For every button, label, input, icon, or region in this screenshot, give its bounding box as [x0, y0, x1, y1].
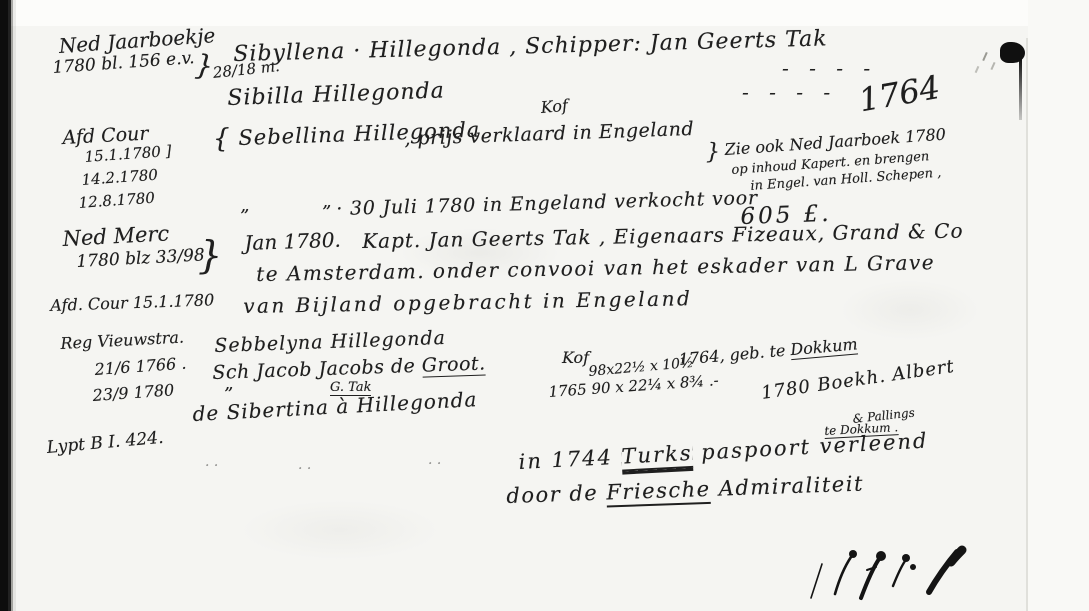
margin-source-courant-2: Afd. Cour 15.1.1780 [50, 290, 215, 315]
ship-type-kof: Kof [540, 96, 569, 117]
scan-right-light-strip [1028, 0, 1089, 611]
captain-owners-line: Kapt. Jan Geerts Tak , Eigenaars Fizeaux… [362, 219, 964, 253]
ship-title-line: Sibyllena · Hillegonda , Schipper: Jan G… [233, 26, 828, 67]
ship-type-kof-2: Kof [562, 348, 589, 367]
built-note: 1764, geb. te Dokkum [678, 334, 858, 369]
margin-source-register: Reg Vieuwstra. [60, 328, 184, 353]
dash-filler-1: - - - - [782, 56, 877, 80]
admiralty-line-post: Admiraliteit [710, 472, 864, 501]
sale-note-line: · 30 Juli 1780 in Engeland verkocht voor [336, 187, 758, 220]
admiralty-word-friesche-underlined: Friesche [606, 477, 711, 508]
admiralty-line-pre: door de [506, 481, 607, 508]
passport-line-post: paspoort verleend [692, 429, 929, 465]
scanned-archive-card: Ned Jaarboekje 1780 bl. 156 e.v. } 28/18… [0, 0, 1089, 611]
faint-ditto-2: · · [298, 461, 311, 477]
paper-blotch [840, 280, 980, 340]
ditto-mark-2: ” [322, 202, 331, 223]
side-note-brace: } [706, 140, 720, 165]
register-date-2: 23/9 1780 [92, 380, 175, 405]
passport-line-pre: in 1744 [518, 445, 622, 474]
pencil-smudge [990, 62, 995, 70]
courant-date-2: 14.2.1780 [81, 166, 158, 189]
dash-filler-2: - - - - [742, 80, 837, 104]
convoy-line: te Amsterdam. onder convooi van het eska… [256, 250, 935, 286]
passport-line: in 1744 Turks paspoort verleend [518, 429, 929, 474]
built-place-underlined: Dokkum [790, 334, 859, 360]
entry-brace-2: } [198, 233, 222, 277]
passport-word-turks-underlined: Turks [621, 441, 693, 472]
ditto-mark-1: ” [240, 206, 249, 227]
admiralty-line: door de Friesche Admiraliteit [506, 472, 864, 508]
pencil-smudge [982, 52, 987, 61]
scan-top-light-strip [0, 0, 1089, 26]
ship-name-variant-sibilla: Sibilla Hillegonda [227, 78, 445, 111]
list-reference: Lypt B I. 424. [46, 428, 164, 458]
ship-name-variant-sebbelyna: Sebbelyna Hillegonda [214, 327, 446, 357]
faint-ditto-1: · · [205, 458, 218, 474]
book-spine-shadow [0, 0, 16, 611]
capture-line: van Bijland opgebracht in Engeland [243, 286, 692, 318]
built-note-text: 1764, geb. te [678, 340, 791, 369]
entry-date-jan-1780: Jan 1780. [244, 228, 341, 255]
ink-scribble [805, 532, 975, 604]
courant-date-3: 12.8.1780 [78, 189, 155, 212]
entry-brace: { [213, 124, 230, 154]
margin-source-ned-merc: Ned Merc [62, 221, 170, 251]
ink-blot-stem [1019, 58, 1022, 120]
schipper-surname-underlined: Groot. [421, 352, 486, 377]
faint-ditto-3: · · [428, 456, 441, 472]
paper-blotch [240, 500, 440, 560]
schipper-line-text: Sch Jacob Jacobs de [212, 355, 422, 384]
register-date-1: 21/6 1766 . [94, 354, 187, 379]
pencil-smudge [975, 66, 980, 73]
bookkeeper-line: 1780 Boekh. Albert [760, 356, 956, 404]
page-crease-line [1026, 38, 1028, 611]
